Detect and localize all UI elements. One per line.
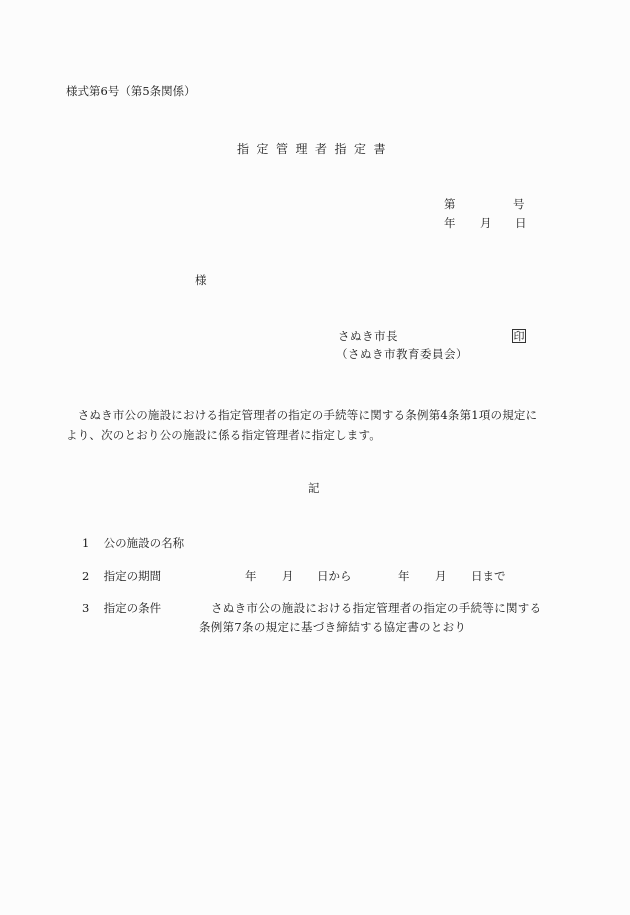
issuer-alt-name: （さぬき市教育委員会） xyxy=(336,349,468,361)
period-end-day: 日まで xyxy=(471,571,506,583)
doc-number-suffix: 号 xyxy=(513,199,525,211)
body-paragraph: さぬき市公の施設における指定管理者の指定の手続等に関する条例第4条第1項の規定に… xyxy=(66,405,546,445)
conditions-text-line-1: さぬき市公の施設における指定管理者の指定の手続等に関する xyxy=(211,603,541,615)
period-start-day: 日から xyxy=(317,571,352,583)
doc-number-prefix: 第 xyxy=(444,199,456,211)
item-number: 2 xyxy=(82,571,100,583)
date-day: 日 xyxy=(515,218,527,230)
issuer-name: さぬき市長 xyxy=(338,331,398,343)
item-designation-conditions: 3 指定の条件 xyxy=(82,603,161,615)
ki-heading: 記 xyxy=(308,483,320,495)
date-year: 年 xyxy=(444,218,456,230)
item-number: 3 xyxy=(82,603,100,615)
item-label: 指定の条件 xyxy=(104,601,162,615)
period-end-month: 月 xyxy=(435,571,447,583)
period-start-month: 月 xyxy=(282,571,294,583)
date-month: 月 xyxy=(480,218,492,230)
body-line-2: より、次のとおり公の施設に係る指定管理者に指定します。 xyxy=(66,425,546,445)
body-line-1: さぬき市公の施設における指定管理者の指定の手続等に関する条例第4条第1項の規定に xyxy=(66,405,546,425)
item-label: 公の施設の名称 xyxy=(104,536,185,550)
conditions-text-line-2: 条例第7条の規定に基づき締結する協定書のとおり xyxy=(199,622,466,634)
seal-mark-icon: 印 xyxy=(512,329,526,343)
period-end-year: 年 xyxy=(398,571,410,583)
item-facility-name: 1 公の施設の名称 xyxy=(82,538,184,550)
period-start-year: 年 xyxy=(245,571,257,583)
form-number: 様式第6号（第5条関係） xyxy=(66,86,196,98)
document-title: 指定管理者指定書 xyxy=(237,143,393,155)
addressee-honorific: 様 xyxy=(195,275,207,287)
item-number: 1 xyxy=(82,538,100,550)
item-designation-period: 2 指定の期間 xyxy=(82,571,161,583)
item-label: 指定の期間 xyxy=(104,569,162,583)
